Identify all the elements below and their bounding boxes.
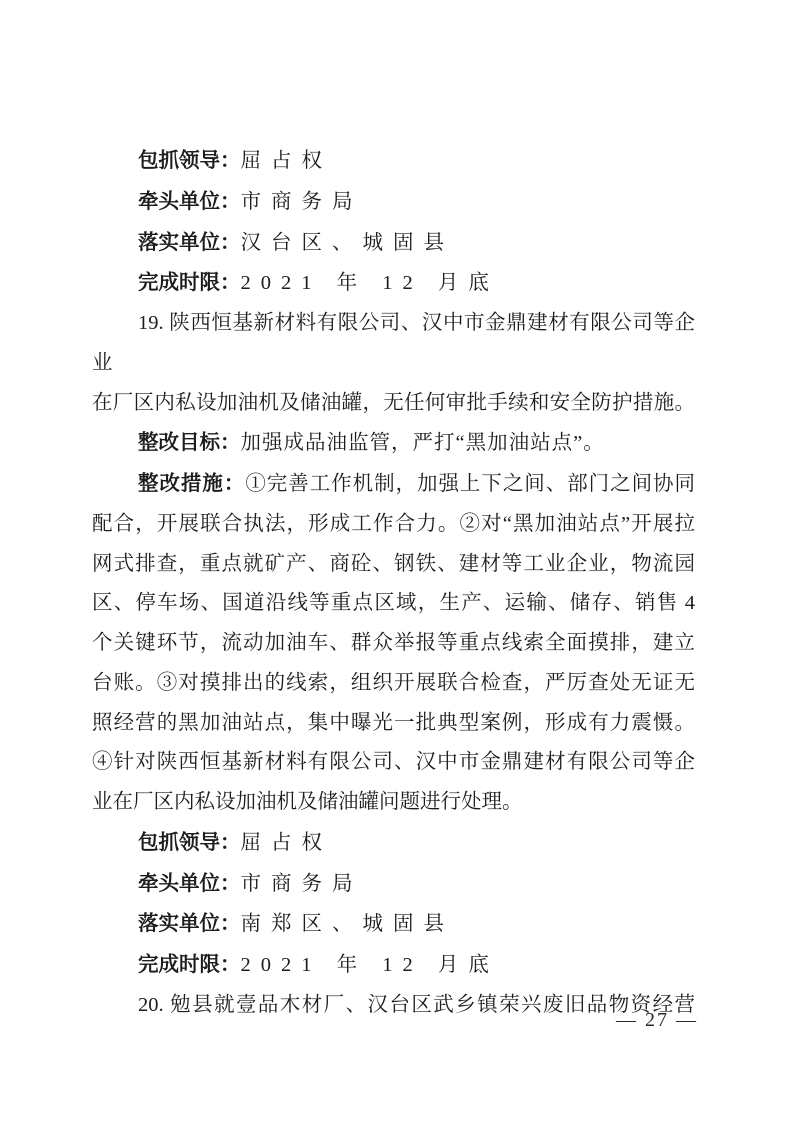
field-value-impl-unit: 南郑区、城固县 [241,913,455,935]
item19-measures-line: 整改措施：①完善工作机制，加强上下之间、部门之间协同 [92,464,695,505]
item19-measures-line: 台账。③对摸排出的线索，组织开展联合检查，严厉查处无证无 [92,664,695,704]
field-line-lead-unit: 牵头单位：市商务局 [92,182,695,223]
page-number: — 27 — [616,1008,698,1032]
document-body: 包抓领导：屈占权 牵头单位：市商务局 落实单位：汉台区、城固县 完成时限：202… [92,141,695,1026]
field-line-impl-unit: 落实单位：汉台区、城固县 [92,223,695,264]
field-label-leader: 包抓领导： [138,149,241,172]
item20-problem-line: 20. 勉县就壹品木材厂、汉台区武乡镇荣兴废旧品物资经营 [92,986,695,1026]
document-page: 包抓领导：屈占权 牵头单位：市商务局 落实单位：汉台区、城固县 完成时限：202… [0,0,793,1122]
field-line-deadline: 完成时限：2021 年 12 月底 [92,263,695,304]
item19-measures-line: 网式排查，重点就矿产、商砼、钢铁、建材等工业企业，物流园 [92,545,695,585]
item19-measures-line: 业在厂区内私设加油机及储油罐问题进行处理。 [92,783,695,823]
field-line-impl-unit: 落实单位：南郑区、城固县 [92,904,695,945]
item19-measures-line: 个关键环节，流动加油车、群众举报等重点线索全面摸排，建立 [92,624,695,664]
field-value-leader: 屈占权 [241,832,333,854]
item19-problem-line: 在厂区内私设加油机及储油罐，无任何审批手续和安全防护措施。 [92,384,695,424]
item19-goal-line: 整改目标：加强成品油监管，严打“黑加油站点”。 [92,423,695,464]
item19-measures-line: 照经营的黑加油站点，集中曝光一批典型案例，形成有力震慑。 [92,704,695,744]
field-line-leader: 包抓领导：屈占权 [92,823,695,864]
field-label-impl-unit: 落实单位： [138,912,241,935]
field-label-lead-unit: 牵头单位： [138,872,241,895]
field-label-impl-unit: 落实单位： [138,231,241,254]
field-label-lead-unit: 牵头单位： [138,190,241,213]
goal-label: 整改目标： [138,431,241,454]
field-label-deadline: 完成时限： [138,271,241,294]
item19-measures-line: 区、停车场、国道沿线等重点区域，生产、运输、储存、销售 4 [92,584,695,624]
field-label-deadline: 完成时限： [138,953,241,976]
field-value-impl-unit: 汉台区、城固县 [241,232,455,254]
field-value-deadline: 2021 年 12 月底 [241,954,499,976]
field-value-lead-unit: 市商务局 [241,873,363,895]
field-label-leader: 包抓领导： [138,831,241,854]
item19-measures-line: 配合，开展联合执法，形成工作合力。②对“黑加油站点”开展拉 [92,505,695,545]
measures-label: 整改措施： [138,472,245,495]
field-value-deadline: 2021 年 12 月底 [241,272,499,294]
field-value-leader: 屈占权 [241,150,333,172]
measures-text: ①完善工作机制，加强上下之间、部门之间协同 [245,473,695,495]
item19-problem-line: 19. 陕西恒基新材料有限公司、汉中市金鼎建材有限公司等企业 [92,304,695,384]
item19-measures-line: ④针对陕西恒基新材料有限公司、汉中市金鼎建材有限公司等企 [92,743,695,783]
field-line-leader: 包抓领导：屈占权 [92,141,695,182]
field-value-lead-unit: 市商务局 [241,191,363,213]
field-line-deadline: 完成时限：2021 年 12 月底 [92,945,695,986]
field-line-lead-unit: 牵头单位：市商务局 [92,864,695,905]
goal-value: 加强成品油监管，严打“黑加油站点”。 [241,432,605,454]
